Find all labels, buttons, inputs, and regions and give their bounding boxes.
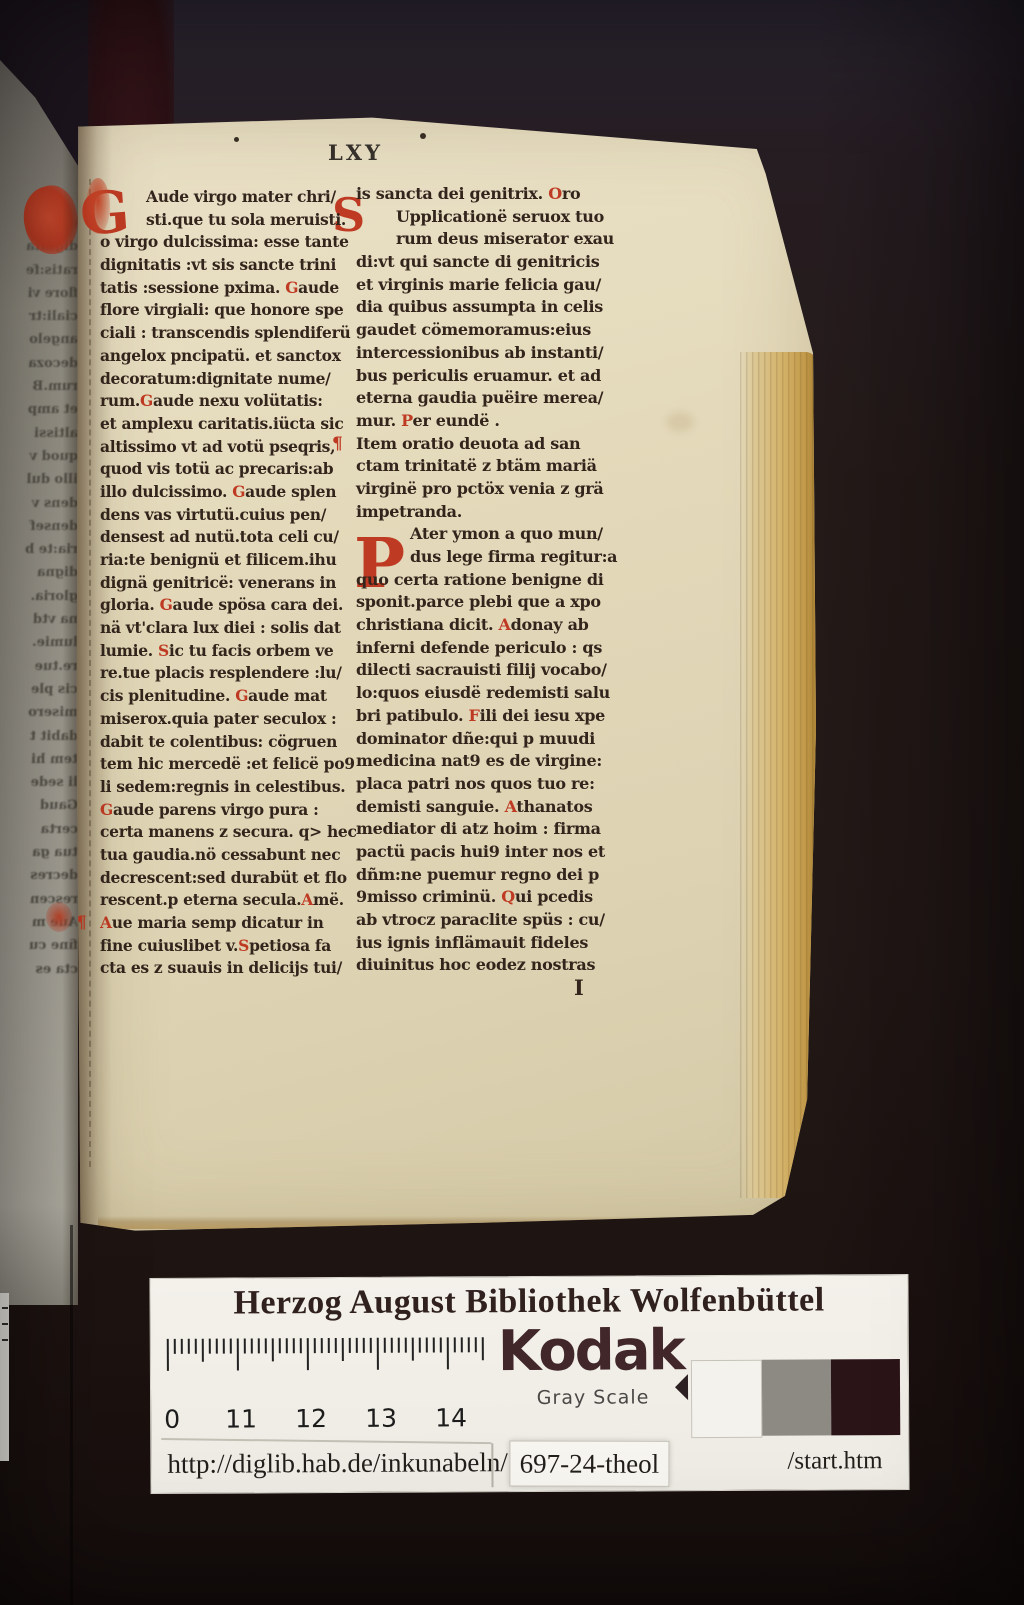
text-segment: lo:quos eiusdë redemisti salu [356,683,610,702]
text-line: ria:te benignü et filicem.ihu [100,549,360,572]
text-line: di:vt qui sancte di genitricis [356,251,660,274]
text-line: tua gaudia.nö cessabunt nec [100,844,360,867]
text-line: bus periculis eruamur. et ad [356,365,660,388]
text-segment: ui pcedis [515,887,593,906]
slip-divider [491,1443,493,1487]
text-line: virginë pro pctöx venia z grä [356,478,660,501]
ruler-tick [244,1338,246,1353]
text-line: rescent.p eterna secula.Amë. [100,889,360,912]
ruler-tick [342,1338,344,1361]
ruler-tick [468,1337,470,1352]
text-segment: er eundë . [412,411,499,430]
text-segment: 9misso criminü. [356,887,501,906]
text-segment: illo dulcissimo. [100,482,232,501]
text-line: placa patri nos quos tuo re: [356,773,660,796]
binding-stitch-line [89,179,91,1166]
text-segment: eterna gaudia puëire merea/ [356,388,603,407]
text-line: dominator dñe:qui p muudi [356,728,660,751]
start-htm-label: /start.htm [787,1447,882,1475]
ruler-tick [412,1338,414,1361]
text-segment: et amplexu caritatis.iücta sic [100,414,344,433]
text-segment: Aude virgo mater chri/ [146,187,336,206]
folio-number: LXY [328,140,383,165]
ruler-number: 14 [435,1403,467,1432]
rubric-squiggle: xxxxxxxxx [462,502,566,521]
right-column: is sancta dei genitrix. OroUpplicationë … [356,183,660,1000]
text-segment: rum deus miserator exau [396,229,614,248]
library-name: Herzog August Bibliothek Wolfenbüttel [150,1281,907,1323]
ruler-tick [314,1338,316,1353]
text-segment: tua gaudia.nö cessabunt nec [100,845,340,864]
manuscript-photo: o virgodignitaratis:feflore viciali:tran… [0,0,1024,1605]
text-segment: aude [298,278,339,297]
ruler-tick [181,1339,183,1354]
text-segment: A [505,797,517,816]
text-segment: o virgo dulcissima: esse tante [100,232,349,251]
text-segment: mur. [356,411,401,430]
ruler-tick [209,1339,211,1354]
text-line: ¶Item oratio deuota ad san [356,433,660,456]
cloth-crease [70,1225,73,1605]
page-fore-edge [740,352,816,1198]
text-line: ius ignis inflämauit fideles [356,932,660,955]
ink-stain [234,137,239,142]
ruler-tick [370,1338,372,1353]
ruler-tick [349,1338,351,1353]
measuring-ruler: 011121314 [167,1335,490,1439]
text-segment: G [285,278,298,297]
text-segment: petiosa fa [249,936,331,955]
gray-scale-label: Gray Scale [503,1386,683,1409]
ruler-number: 13 [365,1404,397,1433]
text-segment: Q [501,887,515,906]
text-line: sti.que tu sola meruisti. [100,209,360,232]
text-segment: thanatos [516,797,592,816]
text-line: diuinitus hoc eodez nostras [356,954,660,977]
ruler-tick [216,1339,218,1354]
ruler-tick [188,1339,190,1354]
ruler-tick [223,1339,225,1354]
text-segment: flore virgiali: que honore spe [100,300,343,319]
ruler-tick [307,1338,309,1370]
text-line: fine cuiuslibet v.Spetiosa fa [100,935,360,958]
ruler-number: 12 [295,1404,327,1433]
text-segment: G [100,800,113,819]
gutter-shadow [62,60,78,1305]
text-segment: A [301,890,313,909]
ruler-tick [363,1338,365,1353]
text-line: et amplexu caritatis.iücta sic [100,413,360,436]
text-line: Aude virgo mater chri/ [100,186,360,209]
text-segment: quod vis totü ac precaris:ab [100,459,333,478]
text-line: angelox pncipatü. et sanctox [100,345,360,368]
text-line: sponit.parce plebi que a xpo [356,591,660,614]
ruler-numbers: 011121314 [167,1403,489,1435]
text-segment: ic tu facis orbem ve [169,641,334,660]
text-segment: dignitatis :vt sis sancte trini [100,255,336,274]
ruler-tick [405,1338,407,1353]
ruler-tick [237,1339,239,1371]
text-line: decrescent:sed durabüt et flo [100,867,360,890]
gray-scale-patch [831,1359,900,1435]
text-segment: christiana dicit. [356,615,499,634]
text-segment: G [140,391,153,410]
text-segment: cis plenitudine. [100,686,235,705]
text-segment: cta es z suauis in delicijs tui/ [100,958,342,977]
ruler-ticks [167,1337,489,1371]
text-segment: densest ad nutü.tota celi cu/ [100,527,339,546]
shelfmark-slip: 697-24-theol [509,1441,669,1487]
text-line: Gaude parens virgo pura : [100,799,360,822]
text-line: dilecti sacrauisti filij vocabo/ [356,659,660,682]
text-line: Ater ymon a quo mun/ [356,523,660,546]
text-segment: decoratum:dignitate nume/ [100,369,331,388]
text-segment: diuinitus hoc eodez nostras [356,955,595,974]
text-line: mediator di atz hoim : firma [356,818,660,841]
ruler-number: 0 [164,1405,180,1434]
text-line: lumie. Sic tu facis orbem ve [100,640,360,663]
text-segment: rum. [100,391,140,410]
ink-stain [420,133,426,139]
text-line: 9misso criminü. Qui pcedis [356,886,660,909]
text-segment: rescent.p eterna secula. [100,890,301,909]
ruler-tick [258,1338,260,1353]
ruler-tick [454,1337,456,1352]
text-line: certa manens z secura. q> hec [100,821,360,844]
text-segment: pactü pacis hui9 inter nos et [356,842,605,861]
text-segment: demisti sanguie. [356,797,505,816]
ruler-number: 11 [225,1404,257,1433]
text-line: Upplicationë seruox tuo [356,206,660,229]
ruler-tick [230,1339,232,1354]
rubric-paragraph-mark: ¶ [332,433,343,456]
text-line: eterna gaudia puëire merea/ [356,387,660,410]
text-segment: miserox.quia pater seculox : [100,709,336,728]
text-segment: G [235,686,248,705]
text-segment: altissimo vt ad votü pseqris, [100,437,335,456]
text-segment: O [548,184,562,203]
text-segment: di:vt qui sancte di genitricis [356,252,599,271]
text-line: tatis :sessione pxima. Gaude [100,277,360,300]
ruler-tick [447,1337,449,1369]
ruler-tick [328,1338,330,1353]
text-segment: S [238,936,249,955]
text-segment: impetranda. [356,502,462,521]
ruler-tick [202,1339,204,1362]
text-line: rum.Gaude nexu volütatis: [100,390,360,413]
text-line: miserox.quia pater seculox : [100,708,360,731]
ruler-tick [356,1338,358,1353]
text-segment: dilecti sacrauisti filij vocabo/ [356,660,607,679]
ruler-tick [300,1338,302,1353]
text-segment: dignä genitricë: venerans in [100,573,336,592]
ruler-tick [426,1338,428,1353]
text-line: christiana dicit. Adonay ab [356,614,660,637]
text-segment: ili dei iesu xpe [480,706,605,725]
left-column: Aude virgo mater chri/sti.que tu sola me… [100,186,360,980]
text-line: altissimo vt ad votü pseqris, [100,436,360,459]
text-segment: F [469,706,480,725]
text-segment: I [574,975,584,1000]
ruler-tick [272,1338,274,1361]
text-segment: placa patri nos quos tuo re: [356,774,595,793]
text-segment: dia quibus assumpta in celis [356,297,603,316]
text-line: gloria. Gaude spösa cara dei. [100,594,360,617]
text-line: lo:quos eiusdë redemisti salu [356,682,660,705]
text-line: decoratum:dignitate nume/ [100,368,360,391]
text-segment: aude mat [248,686,327,705]
text-line: medicina nat9 es de virgine: [356,750,660,773]
text-line: nä vt'clara lux diei : solis dat [100,617,360,640]
text-segment: lumie. [100,641,158,660]
text-line: quod vis totü ac precaris:ab [100,458,360,481]
text-line: re.tue placis resplendere :lu/ [100,662,360,685]
ruler-tick [174,1339,176,1354]
text-segment: tem hic mercedë :et felicë po9 [100,754,355,773]
text-segment: aude nexu volütatis: [153,391,323,410]
text-segment: is sancta dei genitrix. [356,184,548,203]
ruler-tick [384,1338,386,1353]
text-line: dñm:ne puemur regno dei p [356,864,660,887]
gray-scale-arrow-icon [675,1374,688,1400]
text-segment: quo certa ratione benigne di [356,570,604,589]
text-line: dia quibus assumpta in celis [356,296,660,319]
text-line: flore virgiali: que honore spe [100,299,360,322]
text-segment: ciali : transcendis splendiferü [100,323,350,342]
ruler-tick [293,1338,295,1353]
text-line: quo certa ratione benigne di [356,569,660,592]
text-segment: Ater ymon a quo mun/ [410,524,603,543]
text-line: tem hic mercedë :et felicë po9 [100,753,360,776]
library-label-card: Herzog August Bibliothek Wolfenbüttel 01… [149,1274,909,1494]
text-segment: intercessionibus ab instanti/ [356,343,603,362]
text-segment: Upplicationë seruox tuo [396,207,604,226]
text-line: impetranda.xxxxxxxxx [356,501,660,524]
text-segment: certa manens z secura. q> hec [100,822,357,841]
ruler-slip-edge [161,1438,491,1444]
text-segment: dens vas virtutü.cuius pen/ [100,505,326,524]
ruler-tick [195,1339,197,1354]
text-segment: dominator dñe:qui p muudi [356,729,595,748]
page-bottom-edge [98,1216,749,1229]
text-line: ab vtrocz paraclite spüs : cu/ [356,909,660,932]
ruler-tick [321,1338,323,1353]
text-segment: virginë pro pctöx venia z grä [356,479,603,498]
text-segment: më. [313,890,344,909]
text-segment: ria:te benignü et filicem.ihu [100,550,336,569]
text-line: o virgo dulcissima: esse tante [100,231,360,254]
facing-page-strip: o virgodignitaratis:feflore viciali:tran… [0,60,78,1305]
ruler-tick [167,1339,169,1371]
text-line: dus lege firma regitur:a [356,546,660,569]
text-line: illo dulcissimo. Gaude splen [100,481,360,504]
text-segment: bus periculis eruamur. et ad [356,366,601,385]
text-line: dabit te colentibus: cögruen [100,731,360,754]
text-line: et virginis marie felicia gau/ [356,274,660,297]
text-segment: A [499,615,511,634]
text-segment: donay ab [511,615,589,634]
text-line: ciali : transcendis splendiferü [100,322,360,345]
ruler-tick [440,1337,442,1352]
text-line: pactü pacis hui9 inter nos et [356,841,660,864]
gray-scale-patch [691,1360,762,1438]
text-segment: li sedem:regnis in celestibus. [100,777,345,796]
text-segment: ctam trinitatë z btäm mariä [356,456,597,475]
text-line: demisti sanguie. Athanatos [356,796,660,819]
gutter-red-showthrough [86,178,110,234]
ruler-tick [286,1338,288,1353]
text-segment: A [100,913,112,932]
text-line: dignitatis :vt sis sancte trini [100,254,360,277]
text-segment: dñm:ne puemur regno dei p [356,865,599,884]
text-line: cis plenitudine. Gaude mat [100,685,360,708]
text-segment: dabit te colentibus: cögruen [100,732,337,751]
ruler-tick [279,1338,281,1353]
text-line: is sancta dei genitrix. Oro [356,183,660,206]
ruler-tick [335,1338,337,1353]
kodak-wordmark: Kodak [489,1318,693,1384]
ruler-tick [419,1338,421,1353]
text-line: li sedem:regnis in celestibus. [100,776,360,799]
text-segment: fine cuiuslibet v. [100,936,238,955]
ruler-tick [398,1338,400,1353]
gray-scale-patch [762,1359,831,1435]
ruler-tick [377,1338,379,1370]
text-segment: G [232,482,245,501]
text-line: rum deus miserator exau [356,228,660,251]
text-segment: aude spösa cara dei. [173,595,344,614]
text-segment: decrescent:sed durabüt et flo [100,868,347,887]
text-segment: aude parens virgo pura : [113,800,319,819]
text-line: inferni defende periculo : qs [356,637,660,660]
text-segment: sti.que tu sola meruisti. [146,210,346,229]
text-line: gaudet cömemoramus:eius [356,319,660,342]
ruler-tick [251,1338,253,1353]
text-segment: ro [562,184,581,203]
text-segment: angelox pncipatü. et sanctox [100,346,341,365]
text-line: dens vas virtutü.cuius pen/ [100,504,360,527]
ruler-tick [461,1337,463,1352]
text-segment: P [401,411,412,430]
text-line: dignä genitricë: venerans in [100,572,360,595]
text-segment: ue maria semp dicatur in [112,913,324,932]
text-segment: gaudet cömemoramus:eius [356,320,591,339]
text-segment: dus lege firma regitur:a [410,547,617,566]
adjacent-label-sliver [0,1293,9,1461]
text-line: ¶Aue maria semp dicatur in [100,912,360,935]
ruler-tick [265,1338,267,1353]
text-segment: ius ignis inflämauit fideles [356,933,588,952]
text-segment: re.tue placis resplendere :lu/ [100,663,342,682]
text-segment: tatis :sessione pxima. [100,278,285,297]
quire-signature: I [356,977,660,1000]
ruler-tick [433,1337,435,1352]
manuscript-page: LXY G S P Aude virgo mater chri/sti.que … [76,112,816,1234]
text-segment: aude splen [245,482,336,501]
gray-scale-patches [691,1359,900,1438]
foxing-stain [666,412,694,432]
text-line: ctam trinitatë z btäm mariä [356,455,660,478]
ruler-tick [482,1337,484,1360]
text-segment: sponit.parce plebi que a xpo [356,592,601,611]
text-segment: ab vtrocz paraclite spüs : cu/ [356,910,605,929]
ruler-tick [391,1338,393,1353]
text-segment: bri patibulo. [356,706,469,725]
text-segment: S [158,641,169,660]
text-segment: et virginis marie felicia gau/ [356,275,601,294]
text-segment: inferni defende periculo : qs [356,638,602,657]
text-segment: nä vt'clara lux diei : solis dat [100,618,341,637]
text-line: intercessionibus ab instanti/ [356,342,660,365]
text-segment: Item oratio deuota ad san [356,434,580,453]
text-segment: gloria. [100,595,160,614]
rubric-squiggle: xxxxxxxxx [500,411,604,430]
digitization-url: http://diglib.hab.de/inkunabeln/ [167,1447,508,1480]
foxing-stain [650,119,658,127]
text-line: densest ad nutü.tota celi cu/ [100,526,360,549]
text-segment: G [160,595,173,614]
ruler-tick [475,1337,477,1352]
text-line: bri patibulo. Fili dei iesu xpe [356,705,660,728]
text-line: cta es z suauis in delicijs tui/ [100,957,360,980]
text-segment: mediator di atz hoim : firma [356,819,601,838]
text-line: mur. Per eundë .xxxxxxxxx [356,410,660,433]
text-segment: medicina nat9 es de virgine: [356,751,602,770]
